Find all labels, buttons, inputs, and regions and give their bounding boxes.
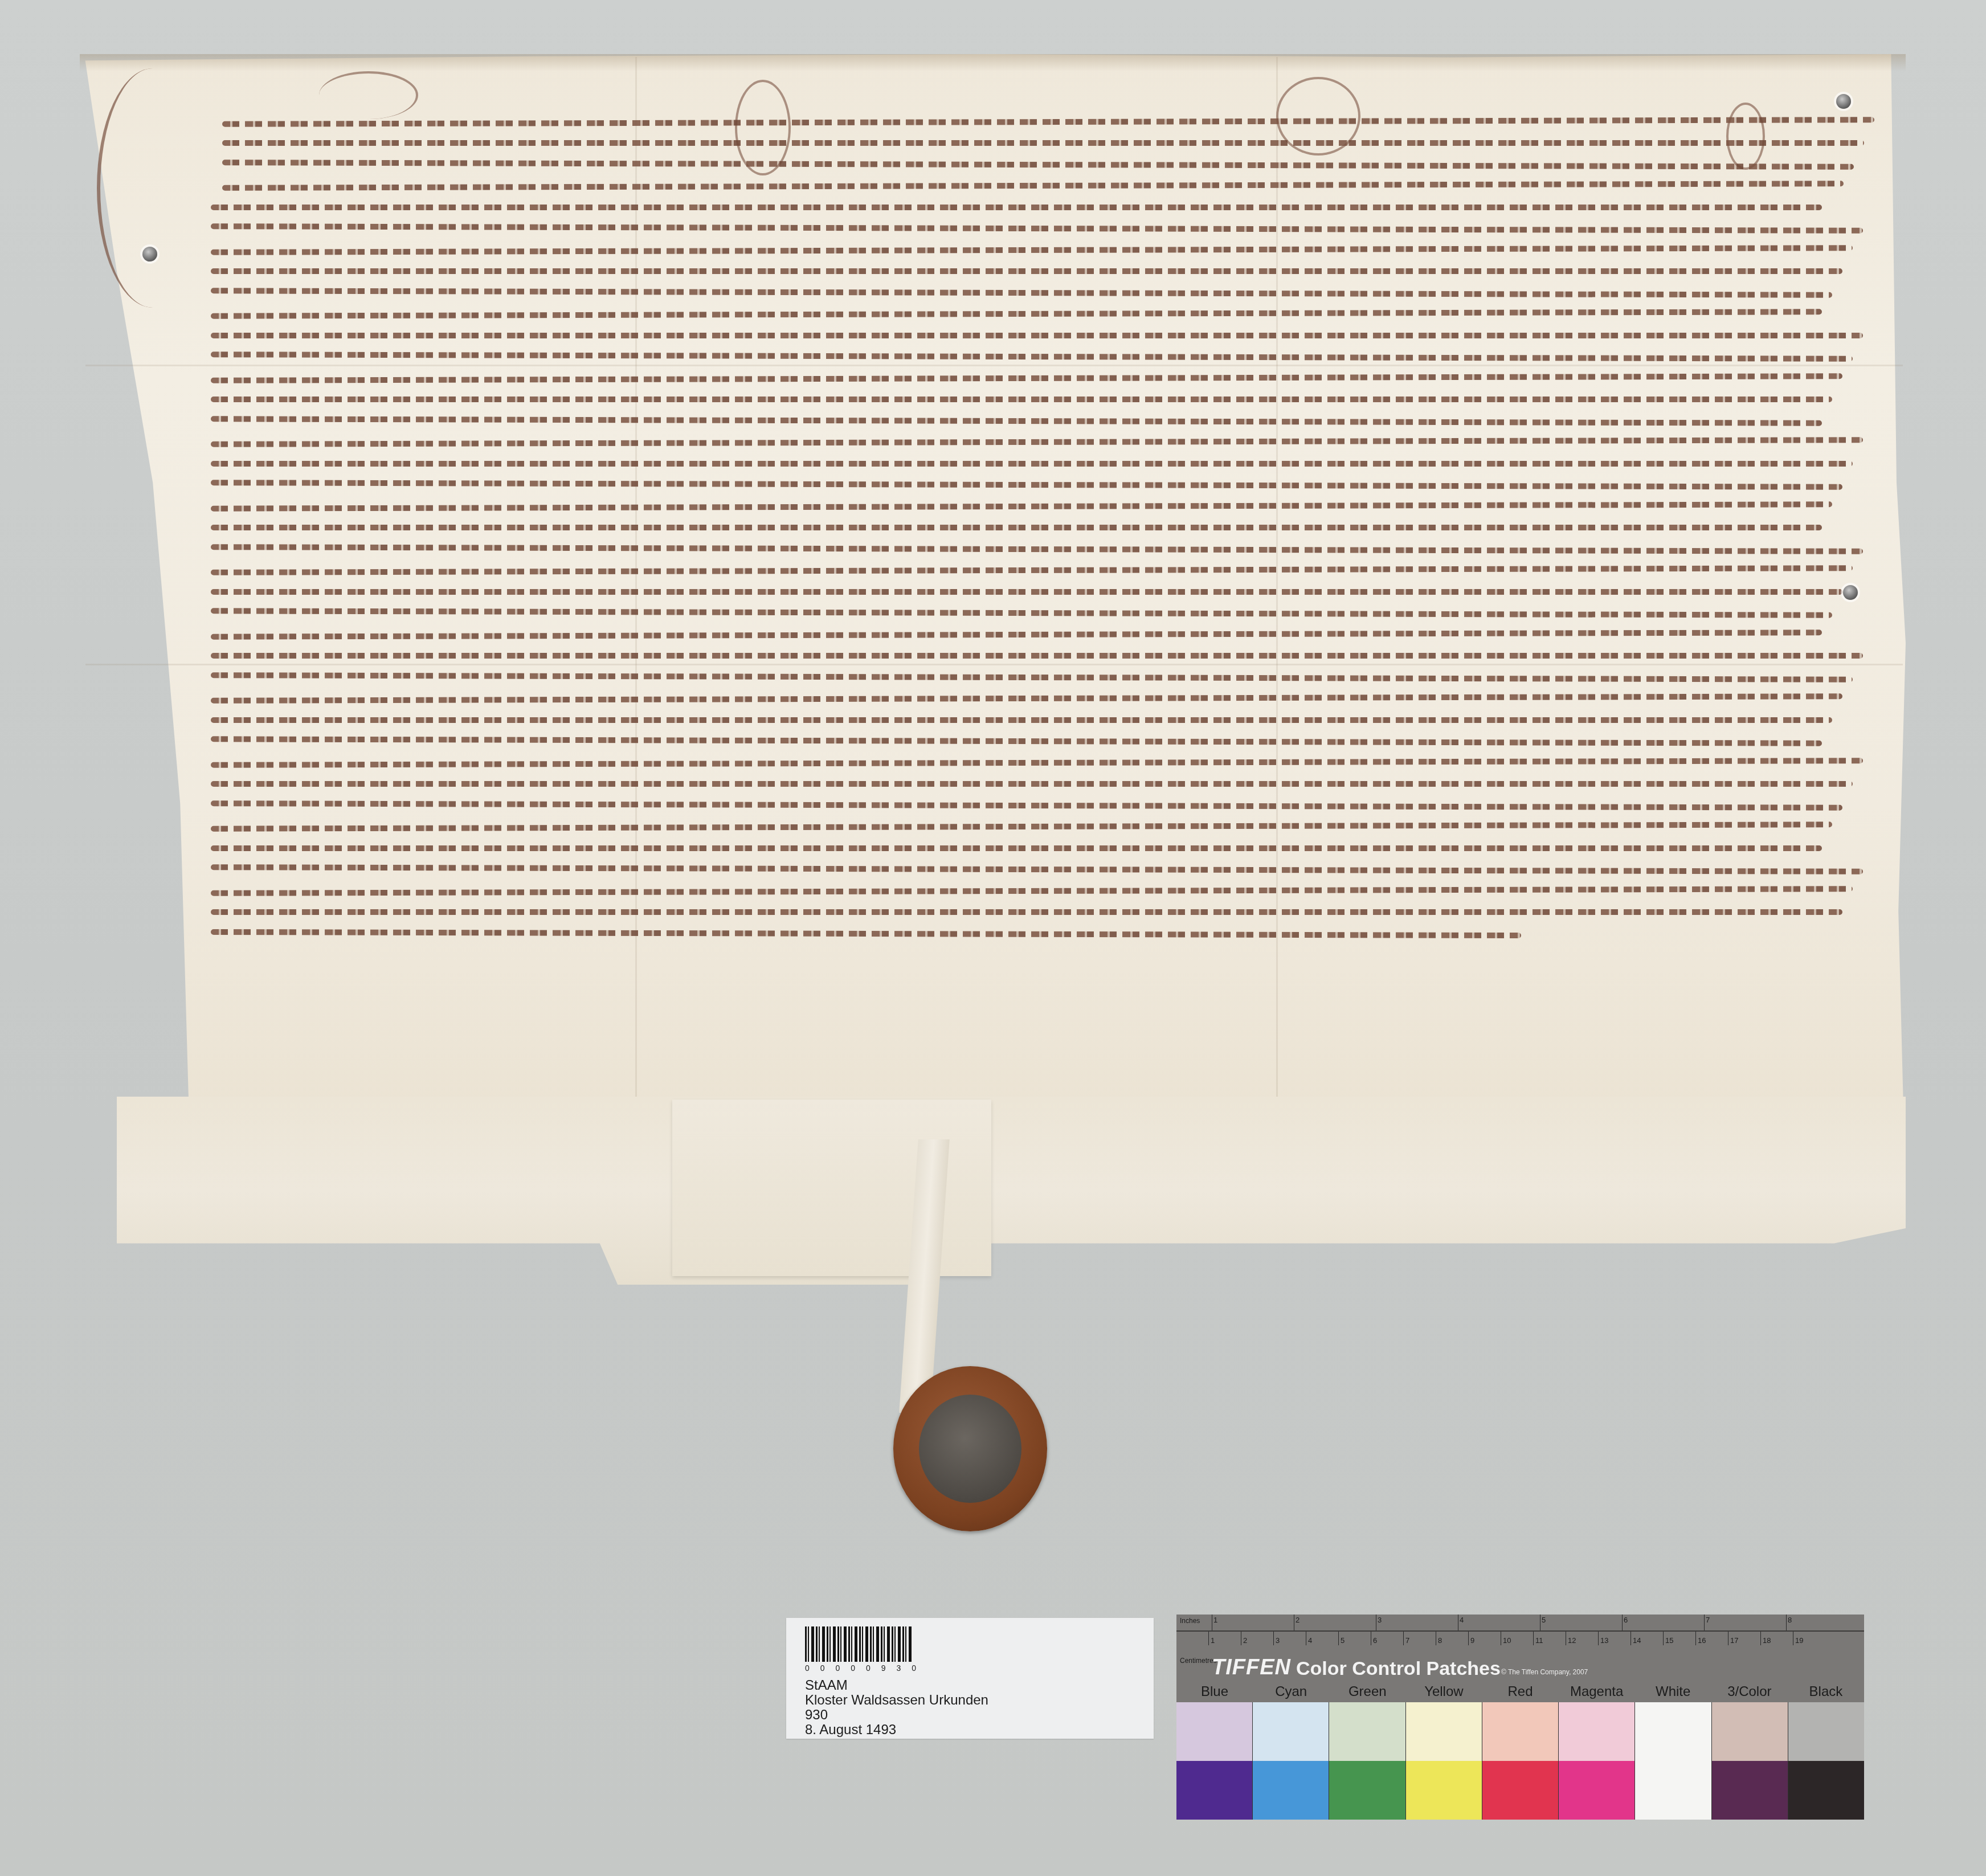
patch-column-white	[1635, 1702, 1711, 1820]
cm-tick	[1468, 1632, 1469, 1645]
seal-impression	[919, 1395, 1021, 1503]
patch-light	[1329, 1702, 1405, 1761]
handwritten-line	[211, 795, 1897, 816]
ink-stroke	[211, 653, 1863, 659]
cm-tick	[1760, 1632, 1761, 1645]
charter-text-block	[211, 111, 1897, 945]
handwritten-line	[211, 346, 1897, 368]
handwritten-line	[211, 133, 1897, 154]
cm-tick-label: 11	[1535, 1636, 1543, 1645]
handwritten-line	[211, 239, 1897, 261]
patch-light	[1253, 1702, 1329, 1761]
ink-stroke	[211, 205, 1822, 210]
ink-stroke	[211, 845, 1822, 851]
cm-tick	[1631, 1632, 1631, 1645]
archive-label: 0 0 0 0 0 9 3 0 StAAM Kloster Waldsassen…	[786, 1618, 1154, 1739]
ink-stroke	[222, 117, 1874, 127]
ink-stroke	[211, 694, 1842, 704]
cm-tick	[1403, 1632, 1404, 1645]
patch-label: Black	[1788, 1678, 1864, 1699]
cm-tick	[1241, 1632, 1241, 1645]
ink-stroke	[211, 309, 1822, 319]
handwritten-line	[211, 197, 1897, 218]
inch-tick	[1622, 1615, 1623, 1630]
cm-tick-label: 10	[1503, 1636, 1511, 1645]
ink-stroke	[211, 672, 1853, 682]
cm-tick-label: 16	[1698, 1636, 1706, 1645]
patch-label: Blue	[1176, 1678, 1253, 1699]
cm-tick-label: 13	[1600, 1636, 1608, 1645]
patch-label: White	[1635, 1678, 1711, 1699]
cm-tick-label: 8	[1438, 1636, 1442, 1645]
ink-stroke	[211, 822, 1832, 832]
ink-stroke	[211, 589, 1842, 595]
cm-tick	[1793, 1632, 1793, 1645]
ink-stroke	[211, 909, 1842, 915]
label-collection: Kloster Waldsassen Urkunden	[805, 1693, 988, 1708]
patch-dark	[1559, 1761, 1634, 1820]
patch-label: 3/Color	[1711, 1678, 1788, 1699]
color-control-chart: Inches 12345678 Centimetres 123456789101…	[1176, 1615, 1864, 1820]
barcode-digit: 0	[805, 1664, 810, 1673]
ink-stroke	[211, 737, 1822, 746]
cm-tick-label: 1	[1211, 1636, 1215, 1645]
handwritten-line	[211, 367, 1897, 389]
handwritten-line	[211, 517, 1897, 539]
patch-column-magenta	[1559, 1702, 1635, 1820]
handwritten-line	[211, 538, 1897, 560]
cm-tick	[1306, 1632, 1306, 1645]
barcode	[805, 1626, 913, 1662]
cm-tick	[1728, 1632, 1728, 1645]
barcode-digit: 0	[912, 1664, 916, 1673]
cm-tick	[1533, 1632, 1534, 1645]
ink-stroke	[211, 630, 1822, 639]
patch-label: Yellow	[1405, 1678, 1482, 1699]
handwritten-line	[211, 475, 1897, 496]
patch-light	[1176, 1702, 1252, 1761]
patch-dark	[1788, 1761, 1864, 1820]
handwritten-line	[211, 261, 1897, 283]
parchment-top-edge-stain	[80, 54, 1906, 71]
inch-tick-label: 5	[1542, 1616, 1546, 1624]
handwritten-line	[211, 282, 1897, 304]
ink-stroke	[211, 758, 1863, 768]
patch-column-red	[1482, 1702, 1559, 1820]
ink-stroke	[211, 565, 1853, 575]
ink-stroke	[211, 245, 1853, 255]
patch-column-yellow	[1406, 1702, 1482, 1820]
handwritten-line	[211, 709, 1897, 731]
inch-tick	[1786, 1615, 1787, 1630]
patch-dark	[1406, 1761, 1482, 1820]
cm-tick-label: 19	[1795, 1636, 1803, 1645]
inch-tick	[1704, 1615, 1705, 1630]
patch-names-row: BlueCyanGreenYellowRedMagentaWhite3/Colo…	[1176, 1678, 1864, 1699]
cm-tick	[1598, 1632, 1599, 1645]
handwritten-line	[211, 859, 1897, 881]
cm-tick-label: 9	[1470, 1636, 1474, 1645]
handwritten-line	[211, 154, 1897, 175]
cm-tick-label: 4	[1308, 1636, 1312, 1645]
cm-tick	[1566, 1632, 1566, 1645]
handwritten-line	[211, 667, 1897, 688]
handwritten-line	[211, 453, 1897, 475]
handwritten-line	[211, 688, 1897, 710]
inch-tick	[1540, 1615, 1540, 1630]
ink-stroke	[211, 929, 1521, 938]
inches-label: Inches	[1180, 1617, 1200, 1625]
cm-tick	[1208, 1632, 1209, 1645]
barcode-digit: 9	[881, 1664, 886, 1673]
handwritten-line	[211, 923, 1897, 945]
inch-tick-label: 4	[1460, 1616, 1464, 1624]
cm-tick-label: 6	[1373, 1636, 1377, 1645]
cm-tick-label: 12	[1568, 1636, 1576, 1645]
ink-stroke	[211, 525, 1822, 530]
cm-tick	[1273, 1632, 1274, 1645]
cm-tick-label: 15	[1665, 1636, 1673, 1645]
handwritten-line	[211, 304, 1897, 325]
handwritten-line	[211, 325, 1897, 346]
barcode-digit: 0	[851, 1664, 855, 1673]
handwritten-line	[211, 731, 1897, 753]
mounting-magnet	[1843, 585, 1858, 600]
barcode-digit: 0	[866, 1664, 871, 1673]
handwritten-line	[211, 752, 1897, 774]
cm-tick	[1695, 1632, 1696, 1645]
handwritten-line	[211, 603, 1897, 624]
centimetres-label: Centimetres	[1180, 1657, 1217, 1665]
patches-row	[1176, 1702, 1864, 1820]
handwritten-line	[211, 111, 1897, 133]
patch-light	[1712, 1702, 1788, 1761]
handwritten-line	[211, 560, 1897, 582]
cm-tick-label: 5	[1341, 1636, 1345, 1645]
centimetre-ruler: Centimetres 1234567891011121314151617181…	[1176, 1632, 1864, 1654]
cm-tick	[1371, 1632, 1371, 1645]
ink-stroke	[222, 160, 1854, 169]
handwritten-line	[211, 496, 1897, 517]
patch-light	[1788, 1702, 1864, 1761]
ink-stroke	[211, 397, 1832, 402]
handwritten-line	[211, 175, 1897, 197]
patch-column-green	[1329, 1702, 1405, 1820]
ink-stroke	[211, 544, 1863, 554]
inch-tick-label: 6	[1624, 1616, 1628, 1624]
patch-label: Green	[1329, 1678, 1405, 1699]
ink-stroke	[211, 416, 1822, 426]
decorated-initial-letter	[97, 68, 209, 308]
patch-light	[1482, 1702, 1558, 1761]
ink-stroke	[211, 288, 1832, 297]
ink-stroke	[211, 333, 1863, 338]
barcode-digit: 0	[820, 1664, 825, 1673]
cm-tick-label: 14	[1633, 1636, 1641, 1645]
handwritten-line	[211, 880, 1897, 902]
handwritten-line	[211, 645, 1897, 667]
patch-column-blue	[1176, 1702, 1253, 1820]
chart-copyright: © The Tiffen Company, 2007	[1501, 1668, 1588, 1676]
barcode-digit: 0	[835, 1664, 840, 1673]
patch-dark	[1253, 1761, 1329, 1820]
inch-tick	[1458, 1615, 1458, 1630]
patch-column-black	[1788, 1702, 1864, 1820]
ink-stroke	[222, 140, 1864, 146]
barcode-digit: 3	[896, 1664, 901, 1673]
inch-tick-label: 3	[1378, 1616, 1382, 1624]
cm-tick	[1501, 1632, 1501, 1645]
patch-dark	[1482, 1761, 1558, 1820]
cm-tick-label: 3	[1276, 1636, 1280, 1645]
barcode-digits: 0 0 0 0 0 9 3 0	[805, 1664, 916, 1673]
mounting-magnet	[1836, 94, 1851, 109]
handwritten-line	[211, 581, 1897, 603]
chart-title: Color Control Patches	[1296, 1658, 1501, 1680]
inch-ruler: Inches 12345678	[1176, 1615, 1864, 1632]
patch-light	[1559, 1702, 1634, 1761]
label-date: 8. August 1493	[805, 1723, 988, 1738]
ink-stroke	[222, 181, 1844, 191]
cm-tick	[1338, 1632, 1339, 1645]
patch-dark	[1329, 1761, 1405, 1820]
handwritten-line	[211, 774, 1897, 795]
ink-stroke	[211, 717, 1832, 723]
ink-stroke	[211, 437, 1863, 447]
handwritten-line	[211, 816, 1897, 838]
patch-light	[1635, 1702, 1711, 1761]
ink-stroke	[211, 268, 1842, 274]
handwritten-line	[211, 432, 1897, 453]
inch-tick-label: 2	[1296, 1616, 1300, 1624]
inch-tick	[1212, 1615, 1212, 1630]
inch-tick	[1294, 1615, 1294, 1630]
patch-label: Cyan	[1253, 1678, 1329, 1699]
cm-tick-label: 7	[1405, 1636, 1409, 1645]
patch-label: Red	[1482, 1678, 1558, 1699]
patch-column-3-color	[1712, 1702, 1788, 1820]
ink-stroke	[211, 864, 1863, 874]
patch-dark	[1176, 1761, 1252, 1820]
ink-stroke	[211, 352, 1853, 362]
handwritten-line	[211, 389, 1897, 411]
ink-stroke	[211, 781, 1853, 787]
cm-tick	[1663, 1632, 1664, 1645]
inch-tick-label: 7	[1706, 1616, 1710, 1624]
tiffen-logo: TIFFEN	[1212, 1656, 1291, 1680]
ink-stroke	[211, 461, 1853, 467]
label-number: 930	[805, 1708, 988, 1723]
inch-tick-label: 8	[1788, 1616, 1792, 1624]
mounting-magnet	[142, 247, 157, 261]
handwritten-line	[211, 902, 1897, 923]
cm-tick-label: 17	[1730, 1636, 1738, 1645]
patch-column-cyan	[1253, 1702, 1329, 1820]
ink-stroke	[211, 886, 1853, 896]
cm-tick	[1436, 1632, 1436, 1645]
handwritten-line	[211, 410, 1897, 432]
inch-tick-label: 1	[1213, 1616, 1217, 1624]
ink-stroke	[211, 608, 1832, 618]
ink-stroke	[211, 223, 1863, 234]
cm-tick-label: 18	[1763, 1636, 1771, 1645]
patch-dark	[1712, 1761, 1788, 1820]
ink-stroke	[211, 800, 1842, 810]
ink-stroke	[211, 480, 1842, 490]
handwritten-line	[211, 218, 1897, 240]
handwritten-line	[211, 624, 1897, 645]
label-archive: StAAM	[805, 1678, 988, 1693]
patch-dark	[1635, 1761, 1711, 1820]
handwritten-line	[211, 837, 1897, 859]
patch-label: Magenta	[1559, 1678, 1635, 1699]
ink-stroke	[211, 501, 1832, 511]
ink-stroke	[211, 373, 1842, 383]
wax-seal	[893, 1366, 1047, 1531]
patch-light	[1406, 1702, 1482, 1761]
inch-tick	[1376, 1615, 1376, 1630]
cm-tick-label: 2	[1243, 1636, 1247, 1645]
